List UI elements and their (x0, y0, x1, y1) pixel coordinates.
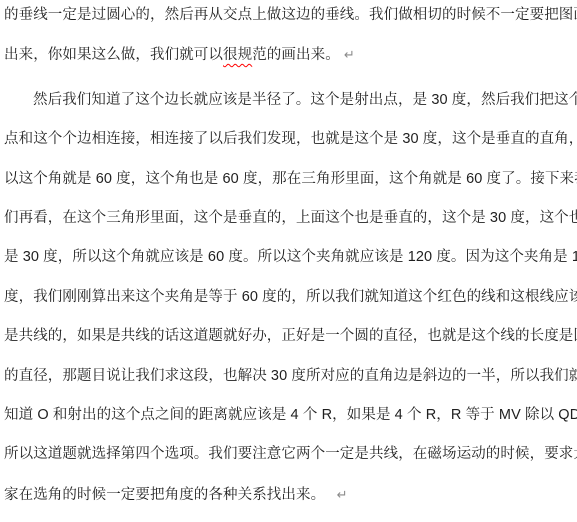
text-line[interactable]: 是 30 度，所以这个角就应该是 60 度。所以这个夹角就应该是 120 度。因… (4, 238, 573, 277)
text-line[interactable]: 知道 O 和射出的这个点之间的距离就应该是 4 个 R，如果是 4 个 R，R … (4, 396, 573, 435)
text-run: 然后我们知道了这个边长就应该是半径了。这个是射出点，是 30 度，然后我们把这个 (33, 92, 577, 108)
text-run: 知道 O 和射出的这个点之间的距离就应该是 4 个 R，如果是 4 个 R，R … (4, 407, 577, 423)
text-run: 们再看，在这个三角形里面，这个是垂直的，上面这个也是垂直的，这个是 30 度，这… (4, 210, 577, 226)
text-run: 是 30 度，所以这个角就应该是 60 度。所以这个夹角就应该是 120 度。因… (4, 249, 577, 265)
text-line[interactable]: 是共线的，如果是共线的话这道题就好办，正好是一个圆的直径，也就是这个线的长度是圆 (4, 317, 573, 356)
text-run: 的垂线一定是过圆心的，然后再从交点上做这边的垂线。我们做相切的时候不一定要把图画 (4, 7, 577, 23)
text-run: 家在选角的时候一定要把角度的各种关系找出来。 (4, 487, 318, 503)
document-text-area[interactable]: 的垂线一定是过圆心的，然后再从交点上做这边的垂线。我们做相切的时候不一定要把图画… (4, 0, 573, 514)
text-run: 所以这道题就选择第四个选项。我们要注意它两个一定是共线，在磁场运动的时候，要求大 (4, 446, 577, 462)
text-line[interactable]: 出来，你如果这么做，我们就可以很规范的画出来。↵ (4, 35, 573, 74)
text-run: 出来，你如果这么做，我们就可以 (4, 47, 223, 63)
text-line[interactable]: 的直径，那题目说让我们求这段，也解决 30 度所对应的直角边是斜边的一半，所以我… (4, 357, 573, 396)
text-run: 的直径，那题目说让我们求这段，也解决 30 度所对应的直角边是斜边的一半，所以我… (4, 368, 577, 384)
paragraph: 然后我们知道了这个边长就应该是半径了。这个是射出点，是 30 度，然后我们把这个… (4, 81, 573, 514)
text-run: 范的画出来。 (252, 47, 340, 63)
text-line[interactable]: 家在选角的时候一定要把角度的各种关系找出来。 ↵ (4, 475, 573, 514)
text-run: 度，我们刚刚算出来这个夹角是等于 60 度的，所以我们就知道这个红色的线和这根线… (4, 289, 577, 305)
text-line[interactable]: 们再看，在这个三角形里面，这个是垂直的，上面这个也是垂直的，这个是 30 度，这… (4, 199, 573, 238)
text-line[interactable]: 然后我们知道了这个边长就应该是半径了。这个是射出点，是 30 度，然后我们把这个 (4, 81, 573, 120)
text-run: 点和这个个边相连接，相连接了以后我们发现，也就是这个是 30 度，这个是垂直的直… (4, 131, 577, 147)
spellcheck-underline: 很规 (223, 47, 252, 63)
paragraph-mark-icon: ↵ (344, 47, 355, 62)
text-line[interactable]: 度，我们刚刚算出来这个夹角是等于 60 度的，所以我们就知道这个红色的线和这根线… (4, 278, 573, 317)
paragraph: 的垂线一定是过圆心的，然后再从交点上做这边的垂线。我们做相切的时候不一定要把图画… (4, 0, 573, 74)
document-page: 的垂线一定是过圆心的，然后再从交点上做这边的垂线。我们做相切的时候不一定要把图画… (0, 0, 577, 522)
text-line[interactable]: 以这个角就是 60 度，这个角也是 60 度，那在三角形里面，这个角就是 60 … (4, 160, 573, 199)
text-line[interactable]: 所以这道题就选择第四个选项。我们要注意它两个一定是共线，在磁场运动的时候，要求大 (4, 435, 573, 474)
text-run (318, 487, 333, 503)
text-run: 以这个角就是 60 度，这个角也是 60 度，那在三角形里面，这个角就是 60 … (4, 171, 577, 187)
paragraph-mark-icon: ↵ (337, 487, 348, 502)
text-run: 是共线的，如果是共线的话这道题就好办，正好是一个圆的直径，也就是这个线的长度是圆 (4, 328, 577, 344)
text-line[interactable]: 的垂线一定是过圆心的，然后再从交点上做这边的垂线。我们做相切的时候不一定要把图画 (4, 0, 573, 35)
text-line[interactable]: 点和这个个边相连接，相连接了以后我们发现，也就是这个是 30 度，这个是垂直的直… (4, 120, 573, 159)
